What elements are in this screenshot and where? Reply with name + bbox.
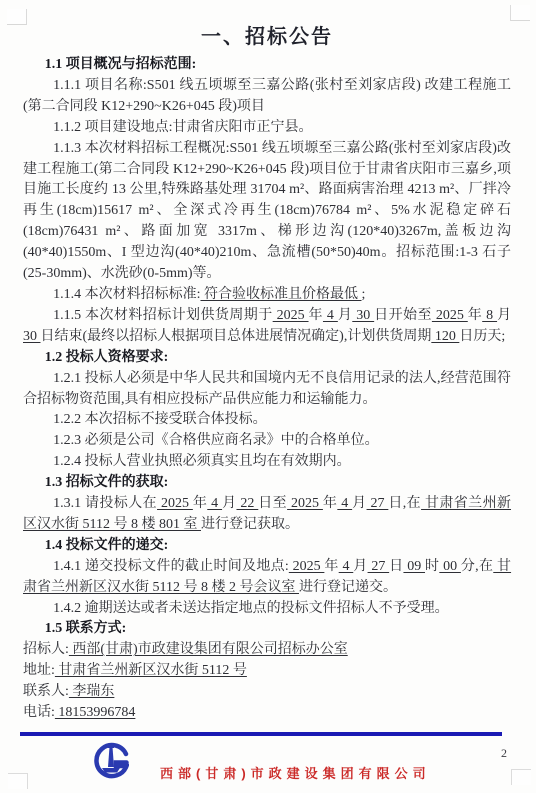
document-content: 一、招标公告 1.1 项目概况与招标范围:1.1.1 项目名称:S501 线五顷… — [23, 20, 511, 724]
text-run: 月 — [222, 496, 236, 511]
document-body: 1.1 项目概况与招标范围:1.1.1 项目名称:S501 线五顷塬至三嘉公路(… — [23, 55, 511, 724]
text-run: 日至 — [258, 496, 287, 511]
text-run: 1.1.5 本次材料招标计划供货周期于 — [53, 308, 273, 323]
section-heading: 1.5 联系方式: — [23, 619, 511, 640]
text-run: 日 — [389, 559, 403, 574]
filled-in-value: 00 — [439, 559, 461, 574]
text-run: 1.3 招标文件的获取: — [45, 475, 169, 490]
text-run: 日,在 — [388, 496, 421, 511]
company-logo-icon — [93, 740, 129, 786]
text-run: 1.1.3 本次材料招标工程概况:S501 线五顷塬至三嘉公路(张村至刘家店段)… — [23, 141, 511, 281]
filled-in-value: 18153996784 — [55, 705, 136, 720]
filled-in-value: 4 — [337, 496, 352, 511]
text-run: ; — [361, 287, 365, 302]
filled-in-value: 4 — [339, 559, 354, 574]
text-run: 月 — [338, 308, 352, 323]
document-title: 一、招标公告 — [23, 20, 511, 49]
paragraph: 1.1.2 项目建设地点:甘肃省庆阳市正宁县。 — [23, 118, 511, 139]
footer-company-name: 西部(甘肃)市政建设集团有限公司 — [160, 763, 431, 782]
paragraph: 1.2.1 投标人必须是中华人民共和国境内无不良信用记录的法人,经营范围符合招标… — [23, 369, 511, 411]
text-run: 1.4 投标文件的递交: — [45, 538, 169, 553]
scan-corner-mark — [511, 769, 531, 785]
paragraph: 1.4.2 逾期送达或者未送达指定地点的投标文件招标人不予受理。 — [23, 599, 511, 620]
text-run: 月 — [497, 308, 511, 323]
text-run: 1.1.2 项目建设地点:甘肃省庆阳市正宁县。 — [53, 120, 312, 135]
text-run: 分,在 — [461, 559, 493, 574]
paragraph: 1.1.5 本次材料招标计划供货周期于 2025 年 4 月 30 日开始至 2… — [23, 306, 511, 348]
text-run: 联系人: — [23, 684, 69, 699]
text-run: 年 — [193, 496, 207, 511]
paragraph: 电话: 18153996784 — [23, 703, 511, 724]
paragraph: 1.1.3 本次材料招标工程概况:S501 线五顷塬至三嘉公路(张村至刘家店段)… — [23, 139, 511, 285]
filled-in-value: 李瑞东 — [69, 684, 115, 699]
text-run: 1.5 联系方式: — [45, 621, 127, 636]
text-run: 1.3.1 请投标人在 — [53, 496, 157, 511]
text-run: 日历天; — [459, 329, 505, 344]
text-run: 进行登记递交。 — [299, 580, 397, 595]
filled-in-value: 120 — [431, 329, 459, 344]
paragraph: 1.3.1 请投标人在 2025 年 4 月 22 日至 2025 年 4 月 … — [23, 494, 511, 536]
text-run: 1.2.1 投标人必须是中华人民共和国境内无不良信用记录的法人,经营范围符合招标… — [23, 371, 511, 407]
filled-in-value: 4 — [207, 496, 222, 511]
paragraph: 1.2.4 投标人营业执照必须真实且均在有效期内。 — [23, 452, 511, 473]
text-run: 年 — [468, 308, 482, 323]
section-heading: 1.3 招标文件的获取: — [23, 473, 511, 494]
text-run: 电话: — [23, 705, 55, 720]
text-run: 1.2.4 投标人营业执照必须真实且均在有效期内。 — [53, 454, 351, 469]
filled-in-value: 西部(甘肃)市政建设集团有限公司招标办公室 — [69, 642, 348, 657]
page-number: 2 — [501, 746, 507, 761]
text-run: 1.1.4 本次材料招标标准: — [53, 287, 200, 302]
paragraph: 1.2.2 本次招标不接受联合体投标。 — [23, 410, 511, 431]
filled-in-value: 2025 — [273, 308, 309, 323]
text-run: 1.4.1 递交投标文件的截止时间及地点: — [53, 559, 289, 574]
filled-in-value: 2025 — [432, 308, 468, 323]
footer-divider — [20, 732, 502, 736]
text-run: 1.1.1 项目名称:S501 线五顷塬至三嘉公路(张村至刘家店段) 改建工程施… — [23, 78, 511, 114]
text-run: 年 — [309, 308, 323, 323]
paragraph: 地址: 甘肃省兰州新区汉水街 5112 号 — [23, 661, 511, 682]
text-run: 日开始至 — [374, 308, 432, 323]
text-run: 月 — [353, 559, 367, 574]
section-heading: 1.2 投标人资格要求: — [23, 348, 511, 369]
text-run: 1.2 投标人资格要求: — [45, 350, 169, 365]
text-run: 招标人: — [23, 642, 69, 657]
text-run: 1.1 项目概况与招标范围: — [45, 57, 197, 72]
paragraph: 1.4.1 递交投标文件的截止时间及地点: 2025 年 4 月 27 日 09… — [23, 557, 511, 599]
paragraph: 招标人: 西部(甘肃)市政建设集团有限公司招标办公室 — [23, 640, 511, 661]
filled-in-value: 甘肃省兰州新区汉水街 5112 号 — [55, 663, 247, 678]
filled-in-value: 30 — [23, 329, 41, 344]
scan-corner-mark — [510, 5, 530, 21]
filled-in-value: 30 — [352, 308, 374, 323]
paragraph: 1.1.4 本次材料招标标准: 符合验收标准且价格最低 ; — [23, 285, 511, 306]
text-run: 1.4.2 逾期送达或者未送达指定地点的投标文件招标人不予受理。 — [53, 601, 449, 616]
filled-in-value: 09 — [403, 559, 425, 574]
filled-in-value: 符合验收标准且价格最低 — [200, 287, 361, 302]
text-run: 年 — [323, 496, 337, 511]
filled-in-value: 4 — [323, 308, 338, 323]
document-page: 一、招标公告 1.1 项目概况与招标范围:1.1.1 项目名称:S501 线五顷… — [0, 0, 536, 793]
text-run: 地址: — [23, 663, 55, 678]
filled-in-value: 2025 — [157, 496, 193, 511]
text-run: 1.2.2 本次招标不接受联合体投标。 — [53, 412, 267, 427]
filled-in-value: 8 — [482, 308, 497, 323]
text-run: 进行登记获取。 — [201, 517, 299, 532]
text-run: 日结束(最终以招标人根据项目总体进展情况确定),计划供货周期 — [41, 329, 432, 344]
text-run: 时 — [425, 559, 439, 574]
section-heading: 1.1 项目概况与招标范围: — [23, 55, 511, 76]
text-run: 年 — [324, 559, 338, 574]
filled-in-value: 22 — [236, 496, 258, 511]
text-run: 1.2.3 必须是公司《合格供应商名录》中的合格单位。 — [53, 433, 379, 448]
filled-in-value: 2025 — [287, 496, 323, 511]
paragraph: 联系人: 李瑞东 — [23, 682, 511, 703]
filled-in-value: 27 — [368, 559, 390, 574]
filled-in-value: 2025 — [289, 559, 325, 574]
section-heading: 1.4 投标文件的递交: — [23, 536, 511, 557]
text-run: 月 — [352, 496, 366, 511]
scan-corner-mark — [8, 773, 28, 789]
filled-in-value: 27 — [367, 496, 389, 511]
paragraph: 1.1.1 项目名称:S501 线五顷塬至三嘉公路(张村至刘家店段) 改建工程施… — [23, 76, 511, 118]
paragraph: 1.2.3 必须是公司《合格供应商名录》中的合格单位。 — [23, 431, 511, 452]
